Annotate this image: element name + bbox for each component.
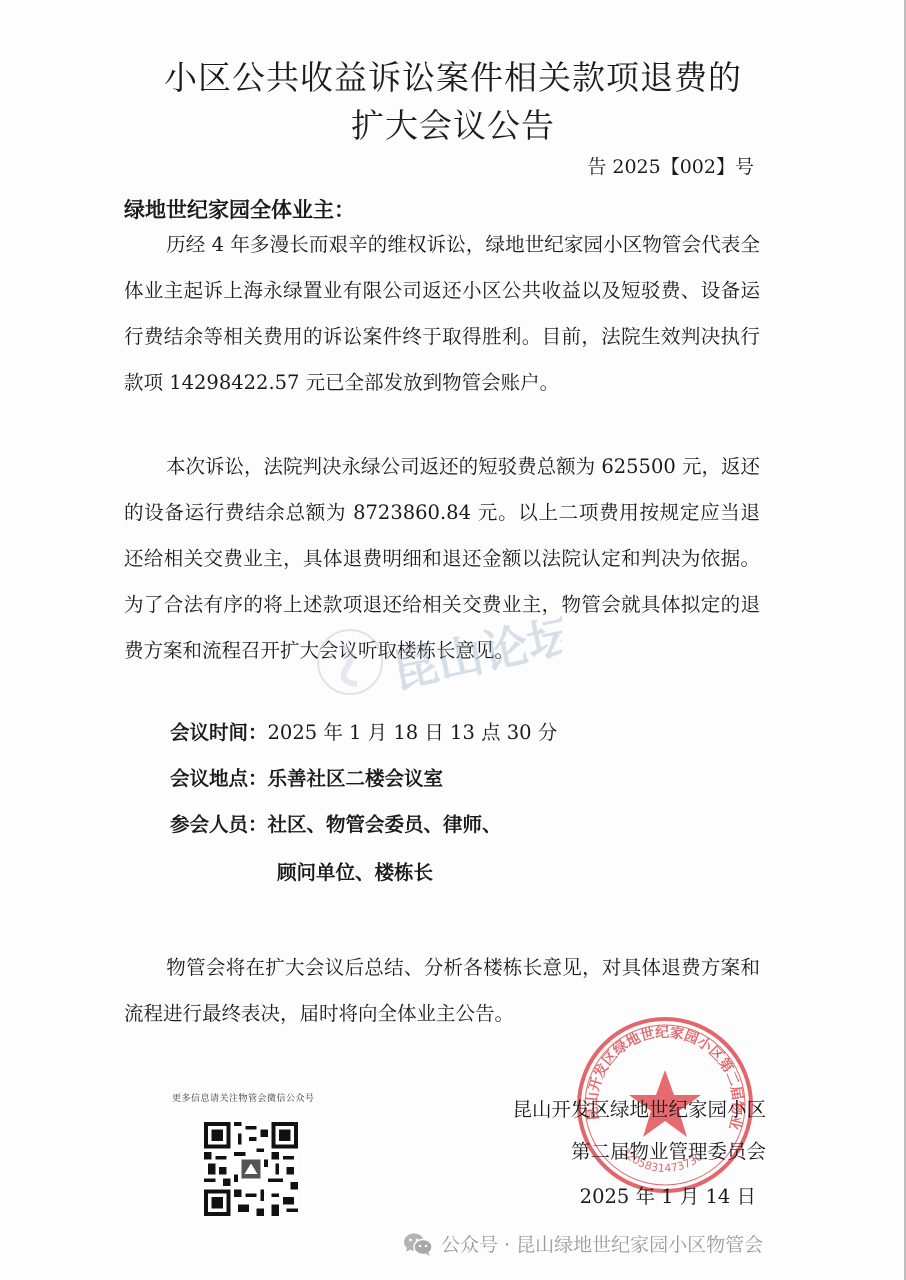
signature-org-line-1: 昆山开发区绿地世纪家园小区 [512, 1094, 766, 1122]
title-line-2: 扩大会议公告 [0, 100, 906, 147]
meeting-time: 会议时间：2025 年 1 月 18 日 13 点 30 分 [170, 717, 557, 745]
wechat-account-label: 公众号 · 昆山绿地世纪家园小区物管会 [441, 1230, 763, 1257]
signature-date: 2025 年 1 月 14 日 [580, 1181, 756, 1209]
meeting-attendees: 参会人员：社区、物管会委员、律师、 [170, 809, 502, 837]
qr-caption: 更多信息请关注物管会微信公众号 [172, 1091, 315, 1104]
salutation: 绿地世纪家园全体业主： [124, 194, 355, 224]
watermark-logo-icon: 昆山论坛 [312, 612, 562, 702]
title-line-1: 小区公共收益诉讼案件相关款项退费的 [0, 52, 906, 99]
meeting-attendees-cont: 顾问单位、楼栋长 [277, 857, 433, 885]
signature-org-line-2: 第二届物业管理委员会 [571, 1136, 766, 1164]
wechat-account-footer[interactable]: 公众号 · 昆山绿地世纪家园小区物管会 [403, 1230, 763, 1257]
wechat-icon [403, 1232, 433, 1256]
paragraph-1: 历经 4 年多漫长而艰辛的维权诉讼，绿地世纪家园小区物管会代表全体业主起诉上海永… [124, 222, 760, 406]
qr-code-icon[interactable] [204, 1122, 298, 1216]
svg-text:昆山论坛: 昆山论坛 [387, 612, 562, 699]
meeting-place: 会议地点：乐善社区二楼会议室 [170, 763, 443, 791]
document-number: 告 2025【002】号 [587, 152, 754, 179]
